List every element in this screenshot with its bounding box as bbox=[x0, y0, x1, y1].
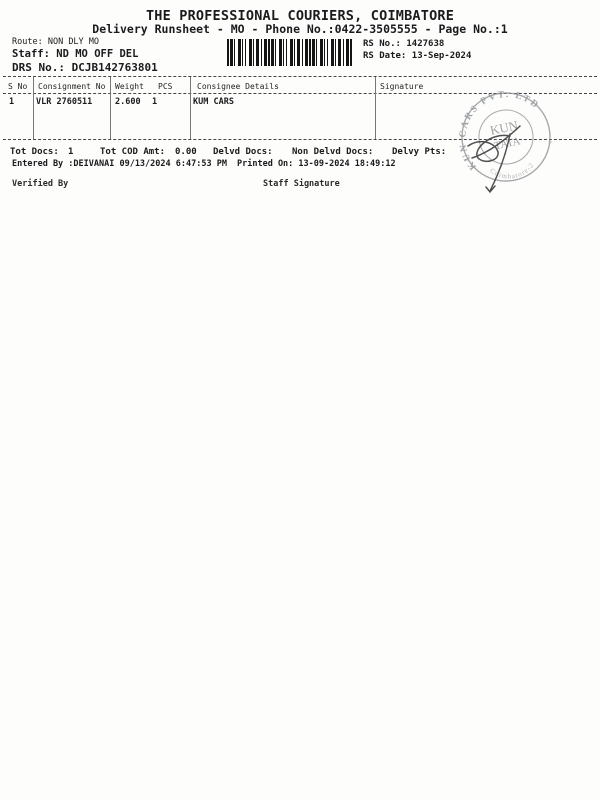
route-line: Route: NON DLY MO bbox=[12, 37, 99, 47]
document-subtitle: Delivery Runsheet - MO - Phone No.:0422-… bbox=[0, 22, 600, 36]
cell-pcs: 1 bbox=[152, 97, 157, 107]
entered-by-line: Entered By :DEIVANAI 09/13/2024 6:47:53 … bbox=[12, 159, 227, 169]
rs-no-label: RS No.: bbox=[363, 39, 401, 49]
non-delvd-docs-label: Non Delvd Docs: bbox=[292, 147, 373, 157]
staff-signature-label: Staff Signature bbox=[263, 179, 340, 189]
rs-no-value: 1427638 bbox=[406, 39, 444, 49]
col-header-pcs: PCS bbox=[158, 82, 172, 91]
staff-value: ND MO OFF DEL bbox=[56, 48, 138, 60]
delivery-runsheet-document: THE PROFESSIONAL COURIERS, COIMBATORE De… bbox=[0, 0, 600, 800]
staff-line: Staff: ND MO OFF DEL bbox=[12, 48, 138, 60]
drs-no-value: DCJB142763801 bbox=[72, 61, 158, 74]
stamp-inner-ring bbox=[474, 105, 538, 169]
col-header-signature: Signature bbox=[380, 82, 423, 91]
printed-on-line: Printed On: 13-09-2024 18:49:12 bbox=[237, 159, 396, 169]
tot-cod-label: Tot COD Amt: bbox=[100, 147, 165, 157]
stamp-star-right: * bbox=[547, 139, 553, 149]
rs-date-label: RS Date: bbox=[363, 51, 406, 61]
column-divider bbox=[190, 77, 191, 139]
cell-weight: 2.600 bbox=[115, 97, 141, 107]
delvd-docs-label: Delvd Docs: bbox=[213, 147, 273, 157]
stamp-and-signature-area: KUN CARS PVT. LTD Coimbatore-2 KUN TATA … bbox=[420, 60, 590, 210]
column-divider bbox=[110, 77, 111, 139]
runsheet-barcode bbox=[227, 39, 353, 66]
col-header-weight: Weight bbox=[115, 82, 144, 91]
tot-cod-value: 0.00 bbox=[175, 147, 197, 157]
drs-no-line: DRS No.: DCJB142763801 bbox=[12, 61, 158, 74]
cell-consignee: KUM CARS bbox=[193, 97, 234, 107]
column-divider bbox=[33, 77, 34, 139]
cell-sno: 1 bbox=[9, 97, 14, 107]
route-value: NON DLY MO bbox=[48, 37, 99, 47]
staff-label: Staff: bbox=[12, 48, 50, 60]
column-divider bbox=[375, 77, 376, 139]
rs-no-line: RS No.: 1427638 bbox=[363, 38, 444, 50]
cell-consignment: VLR 2760511 bbox=[36, 97, 92, 107]
col-header-sno: S No bbox=[8, 82, 27, 91]
tot-docs-value: 1 bbox=[68, 147, 73, 157]
tot-docs-label: Tot Docs: bbox=[10, 147, 59, 157]
route-label: Route: bbox=[12, 37, 43, 47]
col-header-consignment: Consignment No bbox=[38, 82, 105, 91]
col-header-consignee: Consignee Details bbox=[197, 82, 279, 91]
drs-no-label: DRS No.: bbox=[12, 61, 65, 74]
kun-cars-stamp: KUN CARS PVT. LTD Coimbatore-2 KUN TATA … bbox=[420, 60, 590, 210]
verified-by-label: Verified By bbox=[12, 179, 68, 189]
